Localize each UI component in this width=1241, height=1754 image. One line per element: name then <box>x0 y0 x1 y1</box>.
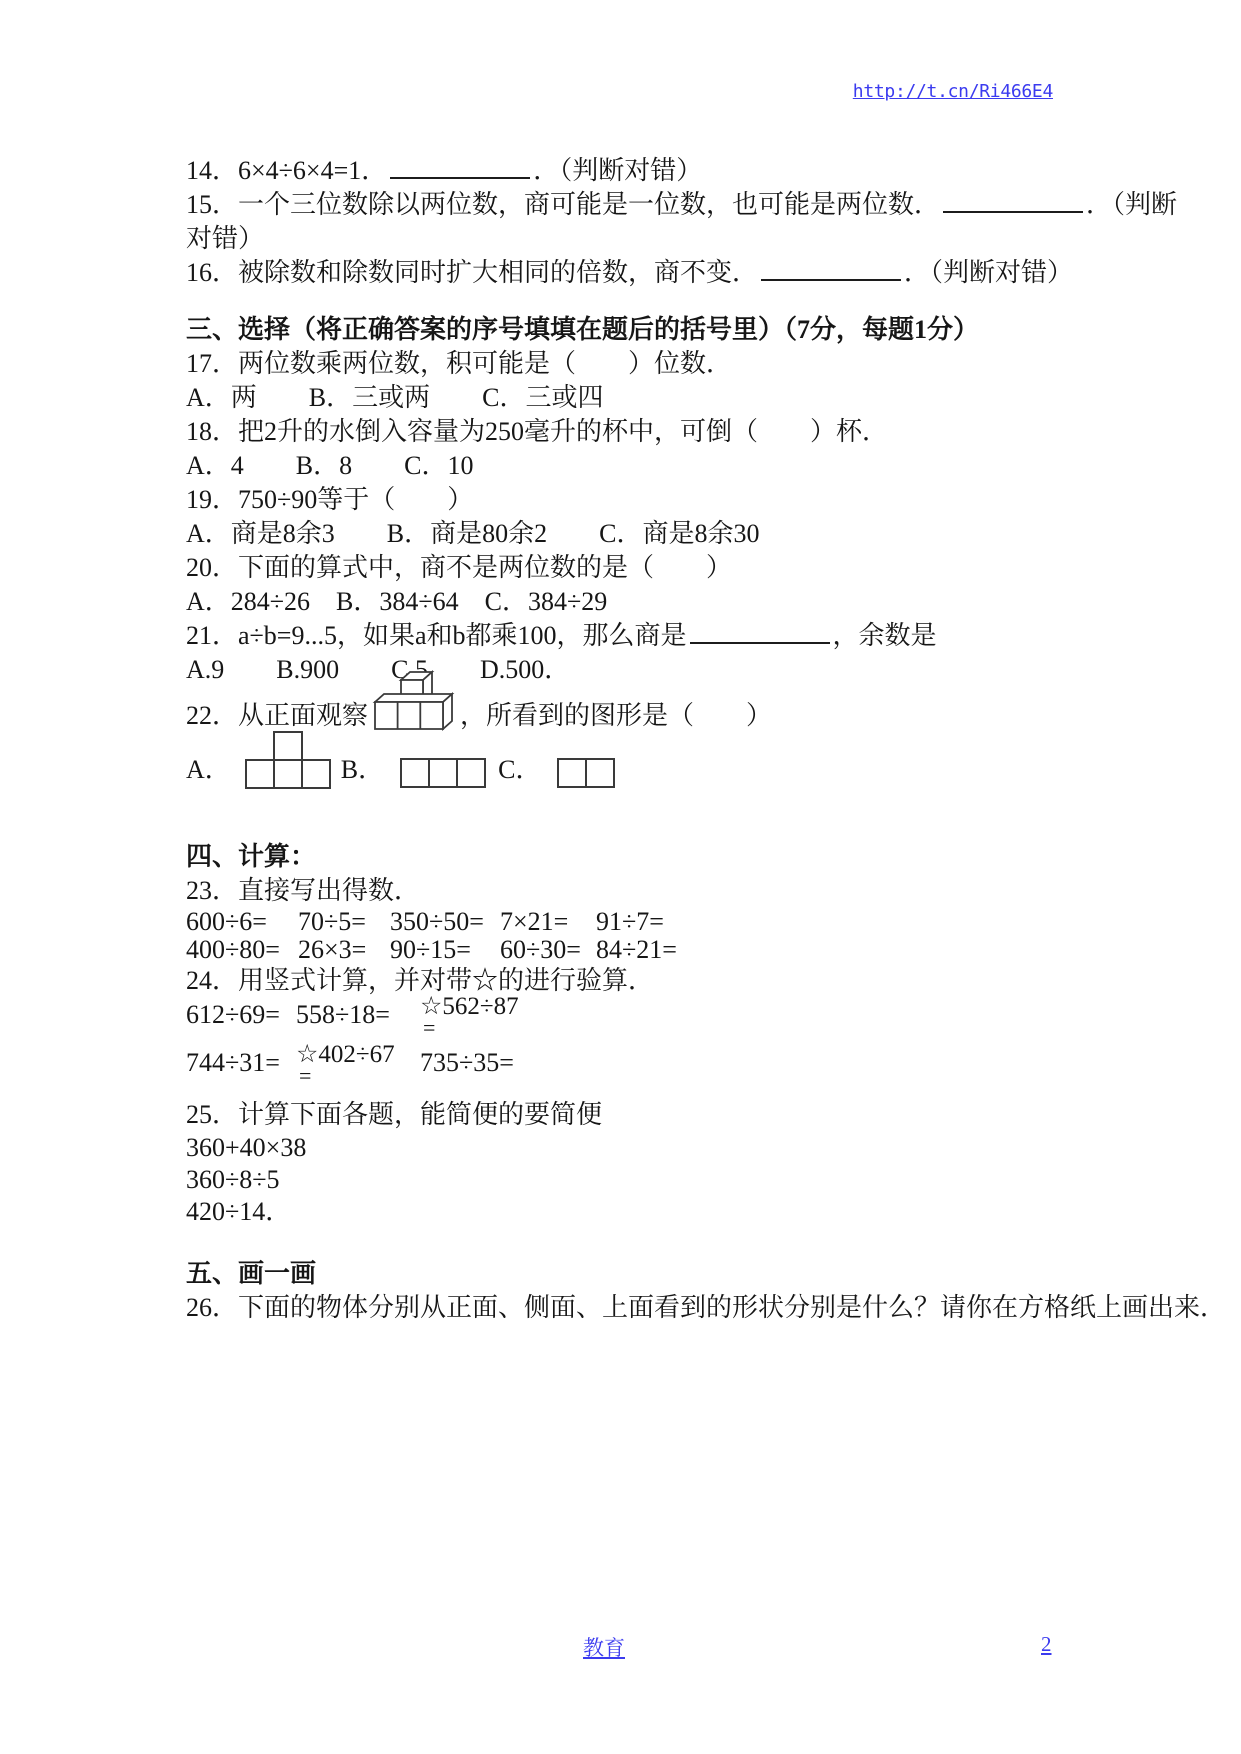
calc-item: 91÷7= <box>596 908 664 936</box>
question-21-suffix: ，余数是 <box>833 621 937 650</box>
answer-blank <box>943 189 1083 213</box>
starred-calc-item: ☆562÷87= <box>420 994 519 1036</box>
question-17-options: A．两 B．三或两 C．三或四 <box>186 381 1096 415</box>
calc-item: 26×3= <box>298 936 390 964</box>
question-16-suffix: ．（判断对错） <box>904 258 1073 287</box>
document-page: http://t.cn/Ri466E4 14．6×4÷6×4=1．．（判断对错）… <box>0 0 1241 1754</box>
question-21-text: 21．a÷b=9...5，如果a和b都乘100，那么商是 <box>186 621 687 650</box>
answer-blank <box>390 155 530 179</box>
answer-blank <box>690 620 830 644</box>
calc-item: 60÷30= <box>500 936 596 964</box>
calc-item: 744÷31= <box>186 1048 296 1078</box>
question-25-line: 420÷14． <box>186 1196 1096 1228</box>
question-22-answer-options: A． B． <box>186 731 1096 789</box>
question-18-options: A．4 B．8 C．10 <box>186 449 1096 483</box>
question-19: 19．750÷90等于（ ） <box>186 483 1096 517</box>
section-3-heading: 三、选择（将正确答案的序号填填在题后的括号里）（7分，每题1分） <box>186 313 1096 347</box>
question-23-row-1: 600÷6=70÷5=350÷50=7×21=91÷7= <box>186 908 1096 936</box>
question-14-suffix: ．（判断对错） <box>533 156 702 185</box>
star-equals: = <box>296 1068 420 1084</box>
question-22-text: 22．从正面观察 <box>186 701 368 731</box>
section-5-heading: 五、画一画 <box>186 1257 1096 1291</box>
question-25-line: 360÷8÷5 <box>186 1164 1096 1196</box>
question-20: 20．下面的算式中，商不是两位数的是（ ） <box>186 551 1096 585</box>
question-24-row-2: 744÷31=☆402÷67=735÷35= <box>186 1040 1096 1086</box>
question-20-options: A．284÷26 B．384÷64 C．384÷29 <box>186 585 1096 619</box>
question-16: 16．被除数和除数同时扩大相同的倍数，商不变．．（判断对错） <box>186 256 1096 290</box>
question-24-row-1: 612÷69=558÷18=☆562÷87= <box>186 992 1096 1038</box>
star-equals: = <box>420 1020 519 1036</box>
cubes-3d-figure-icon <box>372 669 456 731</box>
question-16-text: 16．被除数和除数同时扩大相同的倍数，商不变． <box>186 258 758 287</box>
answer-blank <box>761 257 901 281</box>
calc-item: 600÷6= <box>186 908 298 936</box>
calc-item: 90÷15= <box>390 936 500 964</box>
question-15-suffix: ．（判断 <box>1086 190 1177 219</box>
footer-page-number[interactable]: 2 <box>1041 1632 1052 1657</box>
calc-item: 70÷5= <box>298 908 390 936</box>
calc-item: 400÷80= <box>186 936 298 964</box>
calc-item: 558÷18= <box>296 1000 420 1030</box>
star-expression: ☆402÷67 <box>296 1042 420 1068</box>
question-15-wrap: 对错） <box>186 222 1096 256</box>
section-4-heading: 四、计算： <box>186 840 1096 874</box>
question-25-line: 360+40×38 <box>186 1132 1096 1164</box>
question-14: 14．6×4÷6×4=1．．（判断对错） <box>186 154 1096 188</box>
footer-education-link[interactable]: 教育 <box>583 1632 625 1662</box>
question-15: 15．一个三位数除以两位数，商可能是一位数，也可能是两位数．．（判断 <box>186 188 1096 222</box>
question-26: 26．下面的物体分别从正面、侧面、上面看到的形状分别是什么？请你在方格纸上画出来… <box>186 1291 1096 1325</box>
starred-calc-item: ☆402÷67= <box>296 1042 420 1084</box>
question-17: 17．两位数乘两位数，积可能是（ ）位数． <box>186 347 1096 381</box>
question-15-text: 15．一个三位数除以两位数，商可能是一位数，也可能是两位数． <box>186 190 940 219</box>
option-b-figure-icon <box>400 758 488 789</box>
calc-item: 7×21= <box>500 908 596 936</box>
question-23-title: 23．直接写出得数． <box>186 874 1096 908</box>
question-14-text: 14．6×4÷6×4=1． <box>186 156 387 185</box>
question-23-row-2: 400÷80=26×3=90÷15=60÷30=84÷21= <box>186 936 1096 964</box>
question-15-wrap-text: 对错） <box>186 224 264 253</box>
question-25-title: 25．计算下面各题，能简便的要简便 <box>186 1098 1096 1132</box>
calc-item: 735÷35= <box>420 1048 514 1078</box>
option-a-label: A． <box>186 757 231 783</box>
calc-item: 350÷50= <box>390 908 500 936</box>
question-22-suffix: ，所看到的图形是（ ） <box>460 701 772 731</box>
calc-item: 84÷21= <box>596 936 677 964</box>
option-b-label: B． <box>341 757 384 783</box>
exam-content: 14．6×4÷6×4=1．．（判断对错） 15．一个三位数除以两位数，商可能是一… <box>186 154 1096 1325</box>
option-a-figure-icon <box>245 731 333 789</box>
calc-item: 612÷69= <box>186 1000 296 1030</box>
option-c-figure-icon <box>557 758 617 789</box>
question-18: 18．把2升的水倒入容量为250毫升的杯中，可倒（ ）杯． <box>186 415 1096 449</box>
share-url-link[interactable]: http://t.cn/Ri466E4 <box>853 81 1053 102</box>
option-c-label: C． <box>498 757 541 783</box>
question-19-options: A．商是8余3 B．商是80余2 C．商是8余30 <box>186 517 1096 551</box>
question-21: 21．a÷b=9...5，如果a和b都乘100，那么商是，余数是 <box>186 619 1096 653</box>
